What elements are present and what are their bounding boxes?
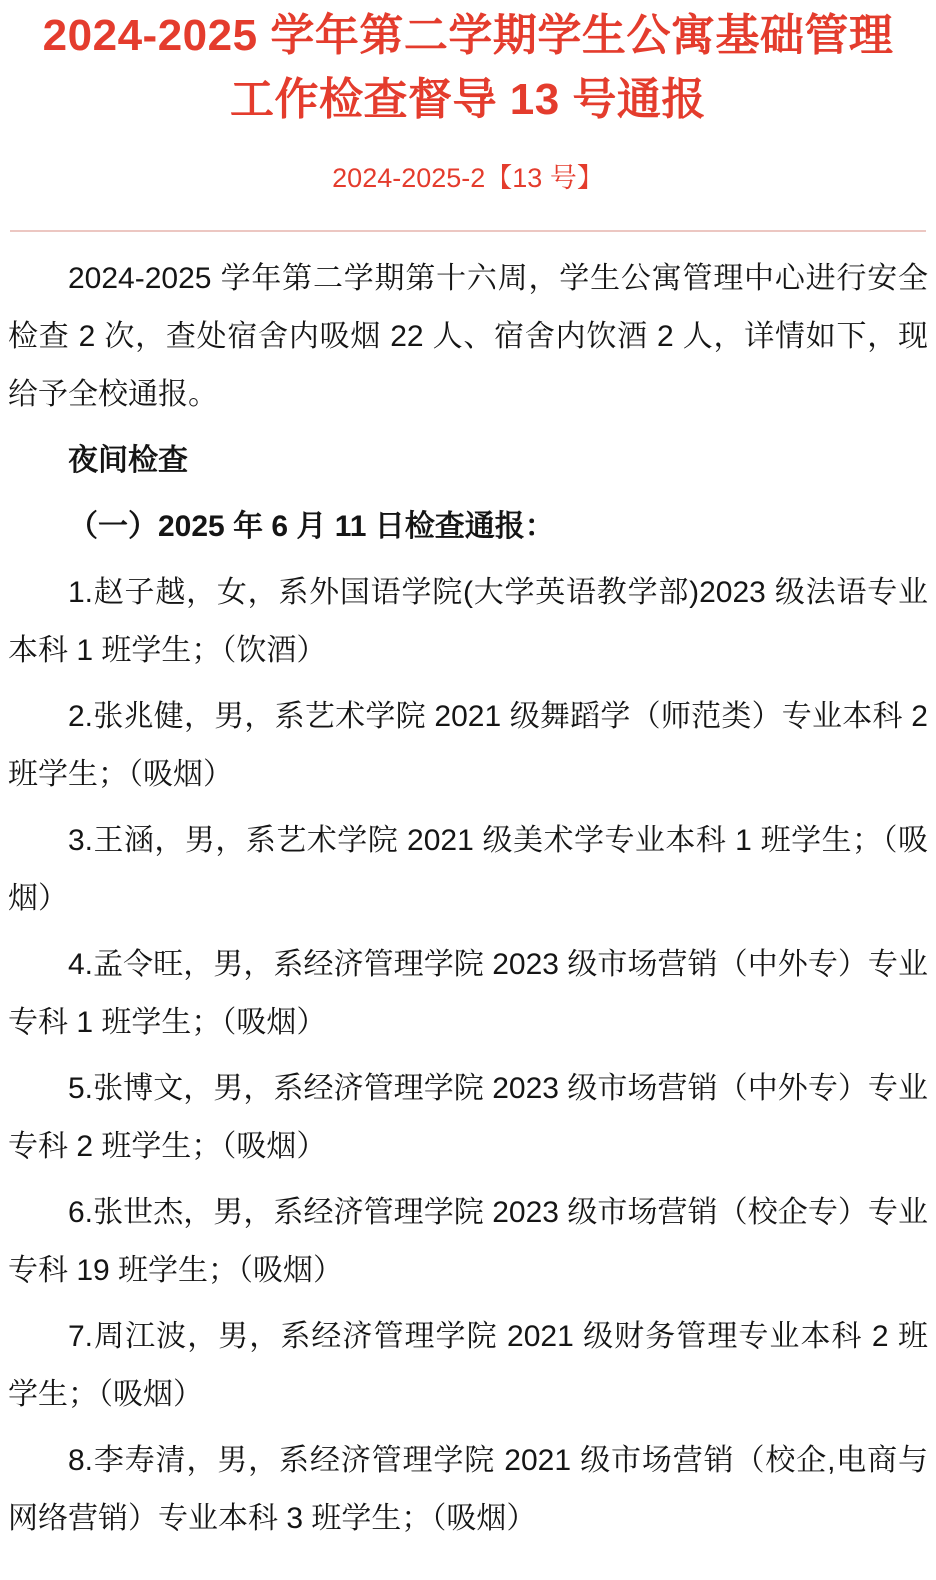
violation-item: 2.张兆健，男，系艺术学院 2021 级舞蹈学（师范类）专业本科 2 班学生；（… [8,688,928,804]
violation-item: 4.孟令旺，男，系经济管理学院 2023 级市场营销（中外专）专业专科 1 班学… [8,936,928,1052]
issue-number: 2024-2025-2【13 号】 [8,162,928,194]
divider [10,230,926,232]
subsection-heading-date: （一）2025 年 6 月 11 日检查通报： [8,498,928,556]
intro-paragraph: 2024-2025 学年第二学期第十六周，学生公寓管理中心进行安全检查 2 次，… [8,250,928,424]
notice-document: 2024-2025 学年第二学期学生公寓基础管理工作检查督导 13 号通报 20… [0,0,936,1580]
section-heading-night-inspection: 夜间检查 [8,432,928,490]
notice-body: 2024-2025 学年第二学期第十六周，学生公寓管理中心进行安全检查 2 次，… [8,250,928,1548]
violation-item: 8.李寿清，男，系经济管理学院 2021 级市场营销（校企,电商与网络营销）专业… [8,1432,928,1548]
violation-item: 1.赵子越，女，系外国语学院(大学英语教学部)2023 级法语专业本科 1 班学… [8,564,928,680]
violation-item: 6.张世杰，男，系经济管理学院 2023 级市场营销（校企专）专业专科 19 班… [8,1184,928,1300]
violation-item: 3.王涵，男，系艺术学院 2021 级美术学专业本科 1 班学生；（吸烟） [8,812,928,928]
notice-title: 2024-2025 学年第二学期学生公寓基础管理工作检查督导 13 号通报 [28,4,908,132]
violation-item: 5.张博文，男，系经济管理学院 2023 级市场营销（中外专）专业专科 2 班学… [8,1060,928,1176]
violation-item: 7.周江波，男，系经济管理学院 2021 级财务管理专业本科 2 班学生；（吸烟… [8,1308,928,1424]
